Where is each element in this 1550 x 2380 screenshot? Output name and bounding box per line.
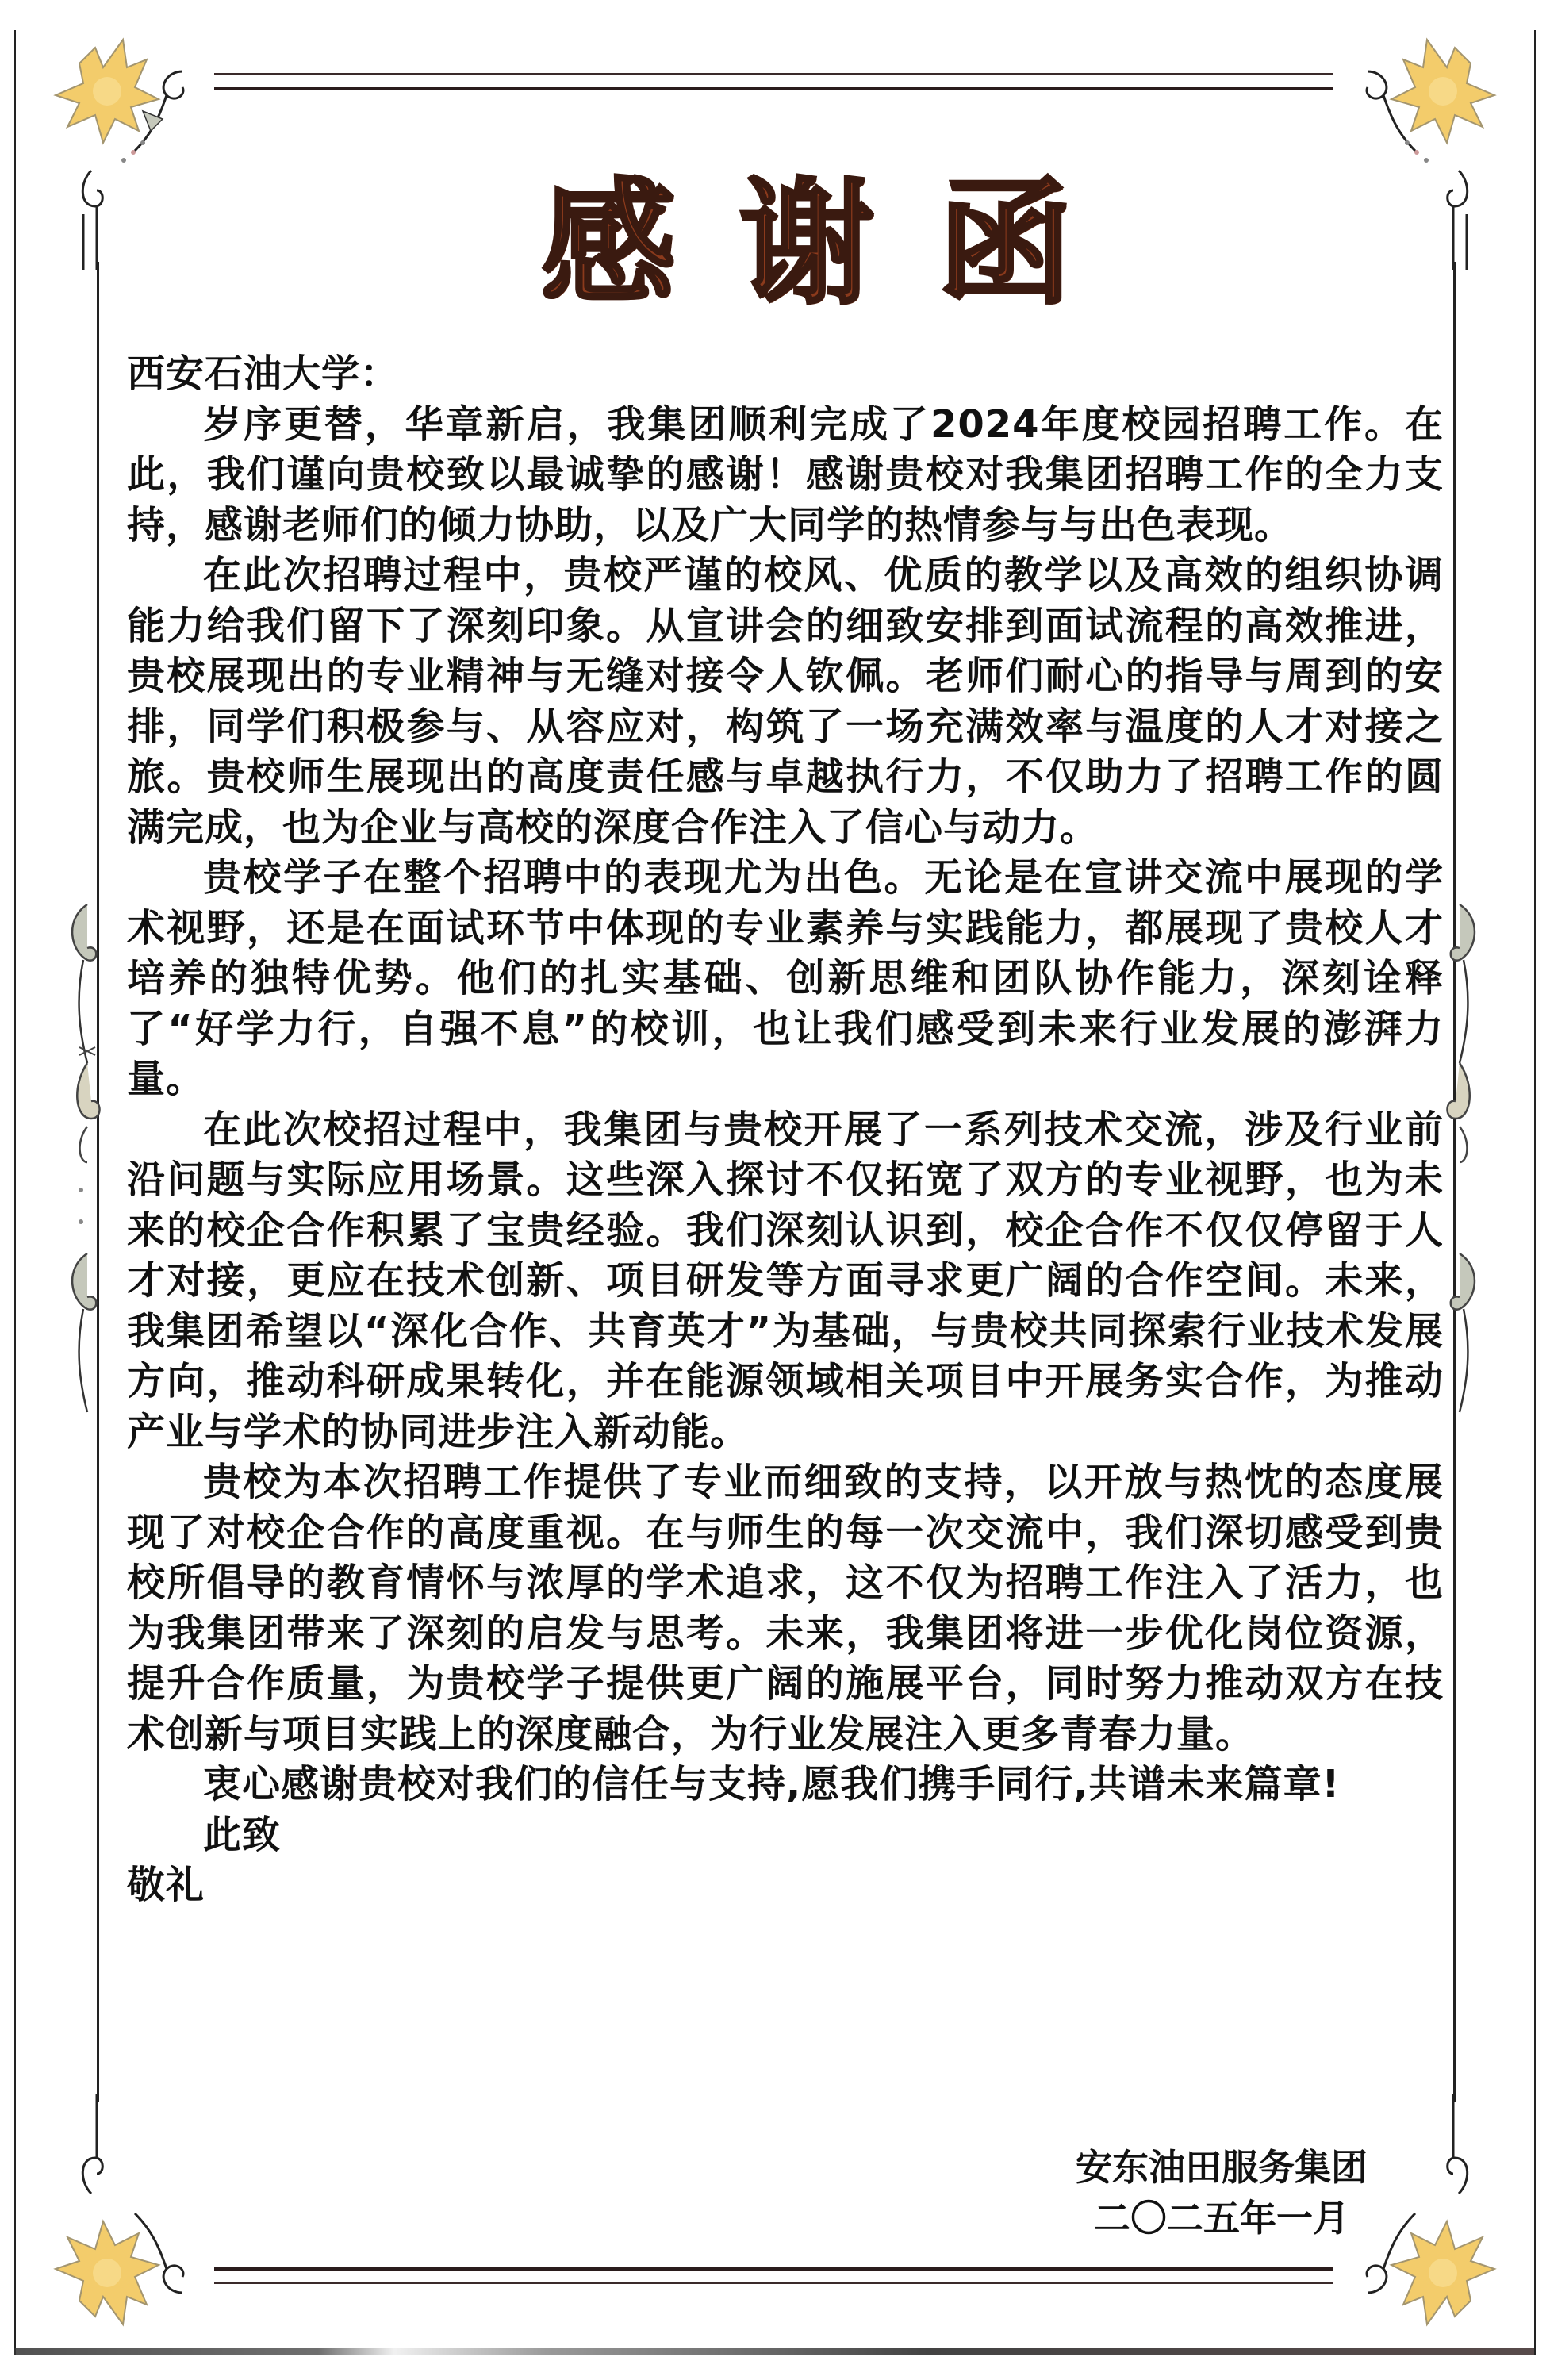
border-bottom-line [214, 2282, 1333, 2284]
side-scroll-ornament-icon [56, 889, 119, 1444]
closing-phrase-jingli: 敬礼 [127, 1860, 1444, 1911]
corner-flower-ornament-icon [48, 2094, 230, 2332]
closing-phrase-cizhi: 此致 [127, 1810, 1444, 1861]
border-top-line [214, 87, 1333, 90]
letter-body: 西安石油大学： 岁序更替，华章新启，我集团顺利完成了2024年度校园招聘工作。在… [127, 349, 1444, 1911]
paragraph-4: 在此次校招过程中，我集团与贵校开展了一系列技术交流，涉及行业前沿问题与实际应用场… [127, 1105, 1444, 1458]
paragraph-1: 岁序更替，华章新启，我集团顺利完成了2024年度校园招聘工作。在此，我们谨向贵校… [127, 400, 1444, 551]
paragraph-2: 在此次招聘过程中，贵校严谨的校风、优质的教学以及高效的组织协调能力给我们留下了深… [127, 551, 1444, 853]
signature-organization: 安东油田服务集团 [1063, 2142, 1380, 2193]
border-bottom-line [214, 2267, 1333, 2271]
letter-title: 感谢函 [0, 135, 1550, 329]
paragraph-3: 贵校学子在整个招聘中的表现尤为出色。无论是在宣讲交流中展现的学术视野，还是在面试… [127, 853, 1444, 1105]
paragraph-5: 贵校为本次招聘工作提供了专业而细致的支持，以开放与热忱的态度展现了对校企合作的高… [127, 1457, 1444, 1760]
signature-date: 二〇二五年一月 [1063, 2193, 1380, 2244]
border-top-line [214, 73, 1333, 75]
signature-block: 安东油田服务集团 二〇二五年一月 [1063, 2142, 1380, 2244]
outer-bottom-border [14, 2348, 1534, 2355]
closing-sentence: 衷心感谢贵校对我们的信任与支持,愿我们携手同行,共谱未来篇章! [127, 1760, 1444, 1810]
salutation: 西安石油大学： [127, 349, 1444, 400]
